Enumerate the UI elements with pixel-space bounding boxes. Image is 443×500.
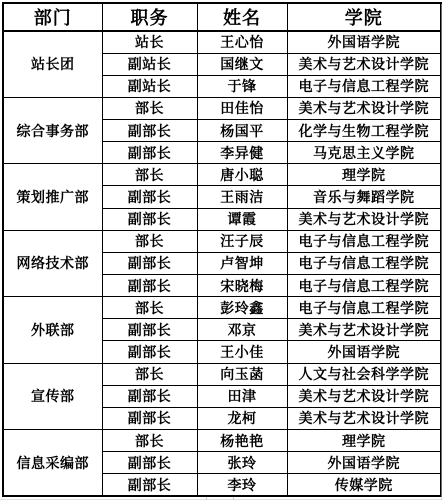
spreadsheet-canvas: 部门 职务 姓名 学院 站长团站长王心怡外国语学院副站长国继文美术与艺术设计学院…	[0, 0, 443, 500]
name-cell: 邓京	[197, 319, 287, 341]
college-cell: 电子与信息工程学院	[287, 75, 441, 97]
table-row: 站长团站长王心怡外国语学院	[3, 31, 441, 53]
college-cell: 音乐与舞蹈学院	[287, 186, 441, 208]
position-cell: 副部长	[102, 341, 197, 363]
name-cell: 杨艳艳	[197, 430, 287, 452]
college-cell: 美术与艺术设计学院	[287, 319, 441, 341]
table-row: 策划推广部部长唐小聪理学院	[3, 164, 441, 186]
college-cell: 马克思主义学院	[287, 142, 441, 164]
position-cell: 副部长	[102, 142, 197, 164]
department-cell: 策划推广部	[3, 164, 102, 230]
position-cell: 副部长	[102, 407, 197, 429]
college-cell: 电子与信息工程学院	[287, 252, 441, 274]
college-cell: 电子与信息工程学院	[287, 275, 441, 297]
position-cell: 部长	[102, 164, 197, 186]
name-cell: 汪子辰	[197, 230, 287, 252]
college-cell: 理学院	[287, 430, 441, 452]
position-cell: 站长	[102, 31, 197, 53]
college-cell: 外国语学院	[287, 31, 441, 53]
position-cell: 部长	[102, 363, 197, 385]
table-row: 信息采编部部长杨艳艳理学院	[3, 430, 441, 452]
department-cell: 网络技术部	[3, 230, 102, 296]
name-cell: 卢智坤	[197, 252, 287, 274]
name-cell: 国继文	[197, 53, 287, 75]
name-cell: 王小佳	[197, 341, 287, 363]
gridline-right-artifact	[441, 4, 442, 500]
position-cell: 副部长	[102, 474, 197, 496]
college-cell: 外国语学院	[287, 452, 441, 474]
college-cell: 人文与社会科学学院	[287, 363, 441, 385]
header-department: 部门	[3, 3, 102, 31]
position-cell: 副部长	[102, 319, 197, 341]
college-cell: 美术与艺术设计学院	[287, 97, 441, 119]
college-cell: 传媒学院	[287, 474, 441, 496]
position-cell: 部长	[102, 97, 197, 119]
college-cell: 外国语学院	[287, 341, 441, 363]
name-cell: 谭霞	[197, 208, 287, 230]
name-cell: 彭玲鑫	[197, 297, 287, 319]
department-cell: 宣传部	[3, 363, 102, 429]
name-cell: 李异健	[197, 142, 287, 164]
table-body: 站长团站长王心怡外国语学院副站长国继文美术与艺术设计学院副站长于锋电子与信息工程…	[3, 31, 441, 496]
position-cell: 副部长	[102, 275, 197, 297]
name-cell: 宋晓梅	[197, 275, 287, 297]
college-cell: 美术与艺术设计学院	[287, 53, 441, 75]
position-cell: 部长	[102, 430, 197, 452]
header-row: 部门 职务 姓名 学院	[3, 3, 441, 31]
college-cell: 电子与信息工程学院	[287, 297, 441, 319]
header-college: 学院	[287, 3, 441, 31]
header-name: 姓名	[197, 3, 287, 31]
college-cell: 电子与信息工程学院	[287, 230, 441, 252]
college-cell: 美术与艺术设计学院	[287, 407, 441, 429]
name-cell: 田佳怡	[197, 97, 287, 119]
name-cell: 于锋	[197, 75, 287, 97]
department-cell: 站长团	[3, 31, 102, 97]
position-cell: 副站长	[102, 53, 197, 75]
position-cell: 副部长	[102, 385, 197, 407]
college-cell: 化学与生物工程学院	[287, 120, 441, 142]
position-cell: 副部长	[102, 120, 197, 142]
name-cell: 杨国平	[197, 120, 287, 142]
table-row: 综合事务部部长田佳怡美术与艺术设计学院	[3, 97, 441, 119]
name-cell: 向玉菡	[197, 363, 287, 385]
table-header: 部门 职务 姓名 学院	[3, 3, 441, 31]
department-cell: 信息采编部	[3, 430, 102, 496]
position-cell: 部长	[102, 230, 197, 252]
department-roster-table: 部门 职务 姓名 学院 站长团站长王心怡外国语学院副站长国继文美术与艺术设计学院…	[2, 2, 442, 497]
table-row: 网络技术部部长汪子辰电子与信息工程学院	[3, 230, 441, 252]
name-cell: 王心怡	[197, 31, 287, 53]
name-cell: 田津	[197, 385, 287, 407]
position-cell: 副部长	[102, 452, 197, 474]
table-row: 宣传部部长向玉菡人文与社会科学学院	[3, 363, 441, 385]
department-cell: 外联部	[3, 297, 102, 363]
college-cell: 理学院	[287, 164, 441, 186]
name-cell: 龙柯	[197, 407, 287, 429]
name-cell: 唐小聪	[197, 164, 287, 186]
name-cell: 李玲	[197, 474, 287, 496]
position-cell: 副部长	[102, 252, 197, 274]
college-cell: 美术与艺术设计学院	[287, 208, 441, 230]
college-cell: 美术与艺术设计学院	[287, 385, 441, 407]
position-cell: 副部长	[102, 186, 197, 208]
name-cell: 张玲	[197, 452, 287, 474]
position-cell: 副部长	[102, 208, 197, 230]
header-position: 职务	[102, 3, 197, 31]
position-cell: 部长	[102, 297, 197, 319]
name-cell: 王雨洁	[197, 186, 287, 208]
table-row: 外联部部长彭玲鑫电子与信息工程学院	[3, 297, 441, 319]
position-cell: 副站长	[102, 75, 197, 97]
department-cell: 综合事务部	[3, 97, 102, 163]
